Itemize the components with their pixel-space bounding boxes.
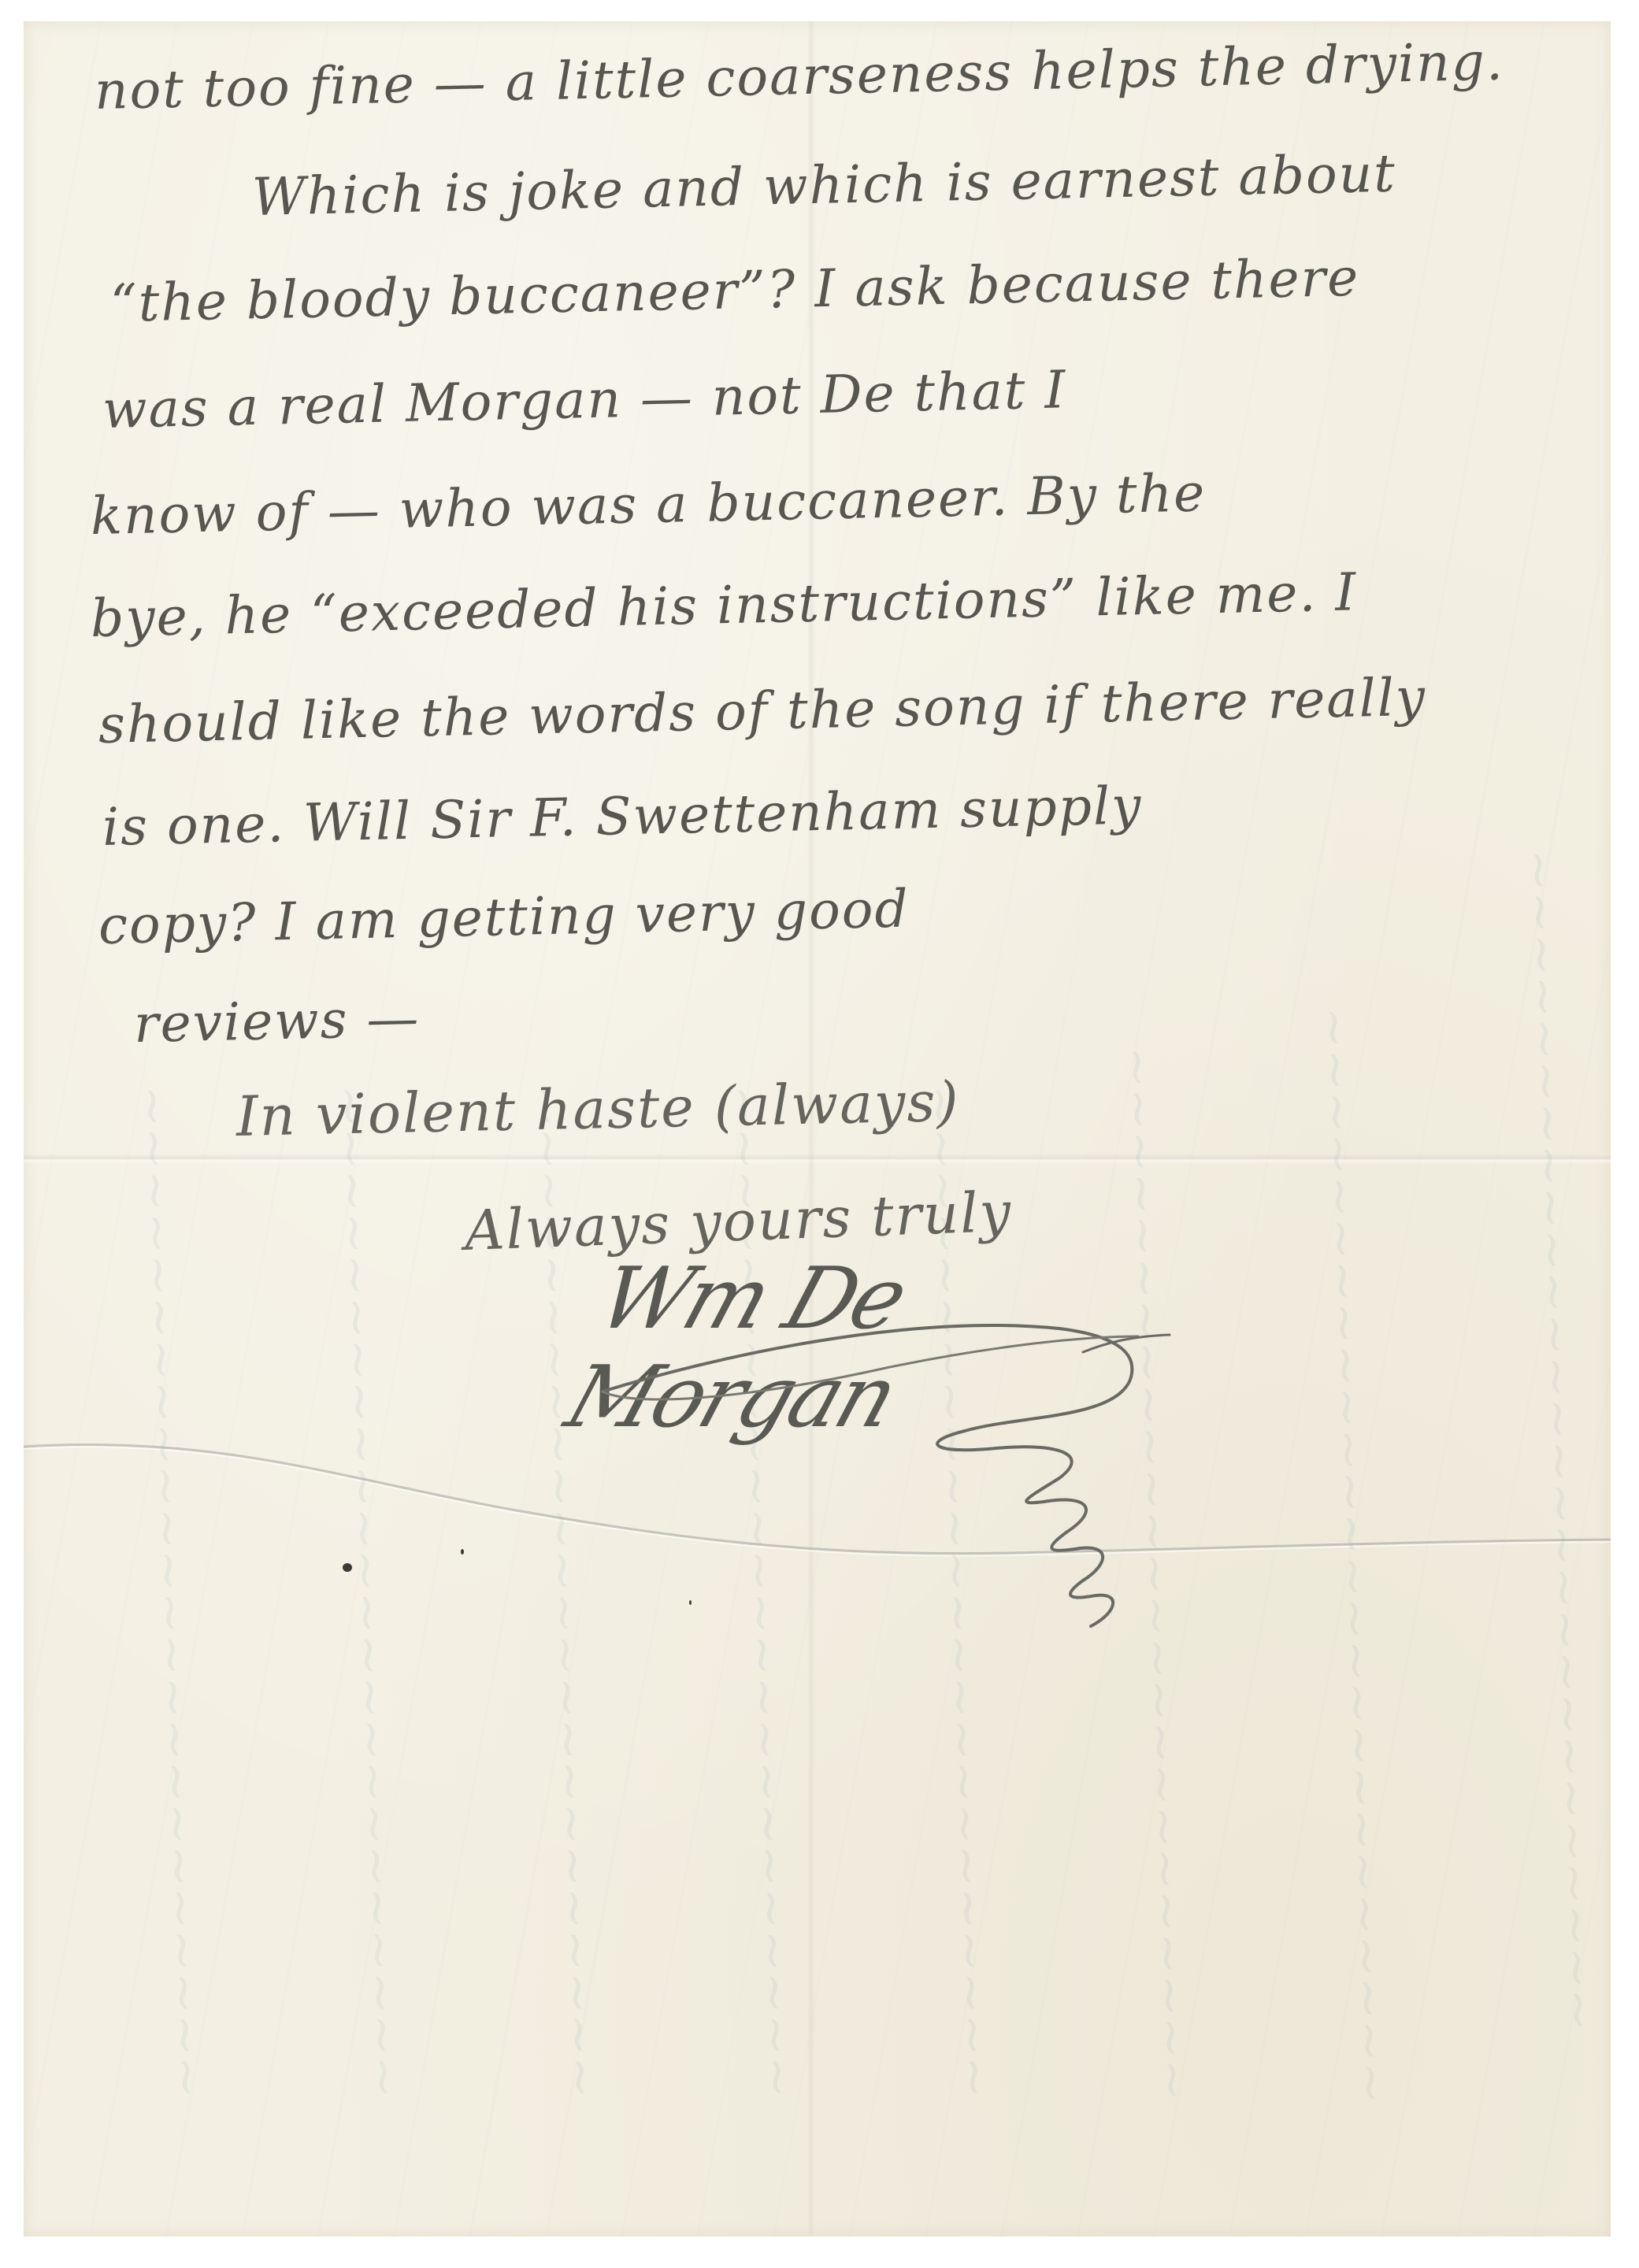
- letter-line-7: should like the words of the song if the…: [98, 667, 1427, 755]
- letter-line-9: copy? I am getting very good: [98, 878, 910, 956]
- letter-line-2: Which is joke and which is earnest about: [251, 143, 1396, 228]
- letter-line-3: “the bloody buccaneer”? I ask because th…: [109, 247, 1360, 334]
- show-through-text: ~~~~~~~~~~~~~~~~~~~~~~~~: [123, 1084, 217, 2099]
- letter-sheet: ~~~~~~~~~~~~~~~~~~~~~~~~~~~~ ~~~~~~~~~~~…: [24, 21, 1611, 2236]
- signature-flourish-icon: [587, 1218, 1185, 1628]
- signature: Wm De Morgan: [587, 1218, 1185, 1628]
- letter-line-5: know of — who was a buccaneer. By the: [90, 462, 1207, 547]
- show-through-text: ~~~~~~~~~~~~~~~~~~~~~~~~: [320, 1084, 413, 2099]
- ink-spot: [689, 1600, 692, 1605]
- letter-line-1: not too fine — a little coarseness helps…: [94, 31, 1504, 121]
- ink-spot: [461, 1549, 464, 1555]
- closing-line-1: In violent haste (always): [235, 1069, 960, 1149]
- letter-line-4: was a real Morgan — not De that I: [102, 359, 1067, 440]
- horizontal-fold-line: [24, 1154, 1611, 1165]
- letter-line-10: reviews —: [133, 988, 421, 1054]
- letter-line-8: is one. Will Sir F. Swettenham supply: [102, 775, 1143, 858]
- letter-line-6: bye, he “exceeded his instructions” like…: [90, 561, 1358, 649]
- ink-spot: [343, 1563, 352, 1572]
